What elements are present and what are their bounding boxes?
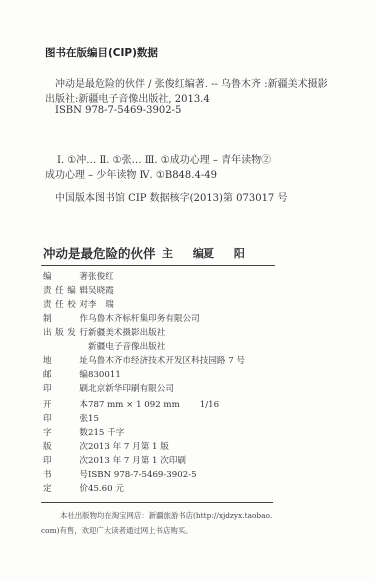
colophon-value: 787 mm × 1 092 mm [88, 399, 180, 412]
colophon-label: 制 作 [43, 313, 88, 326]
colophon-value: 新疆电子音像出版社 [88, 341, 165, 354]
colophon-label: 版 次 [43, 441, 88, 454]
colophon-value: 李 瑞 [88, 299, 114, 312]
colophon-label: 印 刷 [43, 383, 88, 396]
title-rule [41, 265, 275, 266]
colophon-row: 印 刷北京新华印刷有限公司 [43, 383, 174, 396]
colophon-value: 乌鲁木齐标杆集印务有限公司 [88, 313, 200, 326]
book-title: 冲动是最危险的伙伴 [43, 244, 156, 262]
colophon-row: 地 址乌鲁木齐市经济技术开发区科技园路 7 号 [43, 355, 245, 368]
colophon-value: 张俊红 [88, 271, 114, 284]
colophon-extra: 1/16 [200, 399, 219, 412]
cip-heading: 图书在版编目(CIP)数据 [45, 45, 158, 60]
colophon-value: 北京新华印刷有限公司 [88, 383, 174, 396]
colophon-label: 责任校对 [43, 299, 88, 312]
colophon-row: 印 次2013 年 7 月第 1 次印刷 [43, 455, 186, 468]
colophon-row: 邮 编830011 [43, 369, 121, 382]
bottom-rule [41, 502, 273, 503]
colophon-value: 45.60 元 [88, 483, 124, 496]
colophon-row: 编 著张俊红 [43, 271, 114, 284]
colophon-row: 书 号ISBN 978-7-5469-3902-5 [43, 469, 197, 482]
cip-class-line-2: 成功心理 – 少年读物 Ⅳ. ①B848.4-49 [45, 166, 217, 181]
colophon-value: 吴晓霞 [88, 285, 114, 298]
colophon-row: 责任校对李 瑞 [43, 299, 114, 312]
colophon-row: 制 作乌鲁木齐标杆集印务有限公司 [43, 313, 200, 326]
colophon-row: 印 张15 [43, 413, 99, 426]
colophon-label: 地 址 [43, 355, 88, 368]
colophon-row: 版 次2013 年 7 月第 1 版 [43, 441, 169, 454]
colophon-label: 责任编辑 [43, 285, 88, 298]
colophon-label: 定 价 [43, 483, 88, 496]
colophon-value: 2013 年 7 月第 1 次印刷 [88, 455, 186, 468]
cip-entry-line-1: 冲动是最危险的伙伴 / 张俊红编著. -- 乌鲁木齐 :新疆美术摄影 [55, 75, 328, 90]
colophon-row: 定 价45.60 元 [43, 483, 124, 496]
cip-class-line-1: Ⅰ. ①冲… Ⅱ. ①张… Ⅲ. ①成功心理 – 青年读物② [57, 151, 271, 166]
colophon-label: 邮 编 [43, 369, 88, 382]
colophon-value: 15 [88, 413, 99, 426]
colophon-label: 印 张 [43, 413, 88, 426]
colophon-value: 830011 [88, 369, 121, 382]
cip-isbn-line: ISBN 978-7-5469-3902-5 [55, 105, 181, 116]
colophon-label: 字 数 [43, 427, 88, 440]
colophon-value: 乌鲁木齐市经济技术开发区科技园路 7 号 [88, 355, 245, 368]
colophon-label: 编 著 [43, 271, 88, 284]
colophon-value: 新疆美术摄影出版社 [88, 327, 165, 340]
cip-library-number: 中国版本图书馆 CIP 数据核字(2013)第 073017 号 [55, 189, 287, 204]
colophon-row: 开 本787 mm × 1 092 mm1/16 [43, 399, 219, 412]
colophon-value: 2013 年 7 月第 1 版 [88, 441, 169, 454]
colophon-label: 书 号 [43, 469, 88, 482]
note-line-1: 本社出版物均在淘宝网店：新疆旅游书店(http://xjdzyx.taobao. [60, 510, 272, 521]
colophon-value: 215 千字 [88, 427, 124, 440]
colophon-label: 开 本 [43, 399, 88, 412]
note-line-2: com)有售，欢迎广大读者通过网上书店购买。 [41, 525, 193, 536]
colophon-label: 出版发行 [43, 327, 88, 340]
colophon-row: 字 数215 千字 [43, 427, 124, 440]
colophon-value: ISBN 978-7-5469-3902-5 [88, 469, 197, 482]
colophon-row: 新疆电子音像出版社 [43, 341, 165, 354]
chief-editor-name: 夏 阳 [203, 245, 253, 261]
cip-entry-line-2: 出版社:新疆电子音像出版社, 2013.4 [45, 90, 210, 105]
colophon-row: 出版发行新疆美术摄影出版社 [43, 327, 165, 340]
colophon-label: 印 次 [43, 455, 88, 468]
colophon-row: 责任编辑吴晓霞 [43, 285, 114, 298]
